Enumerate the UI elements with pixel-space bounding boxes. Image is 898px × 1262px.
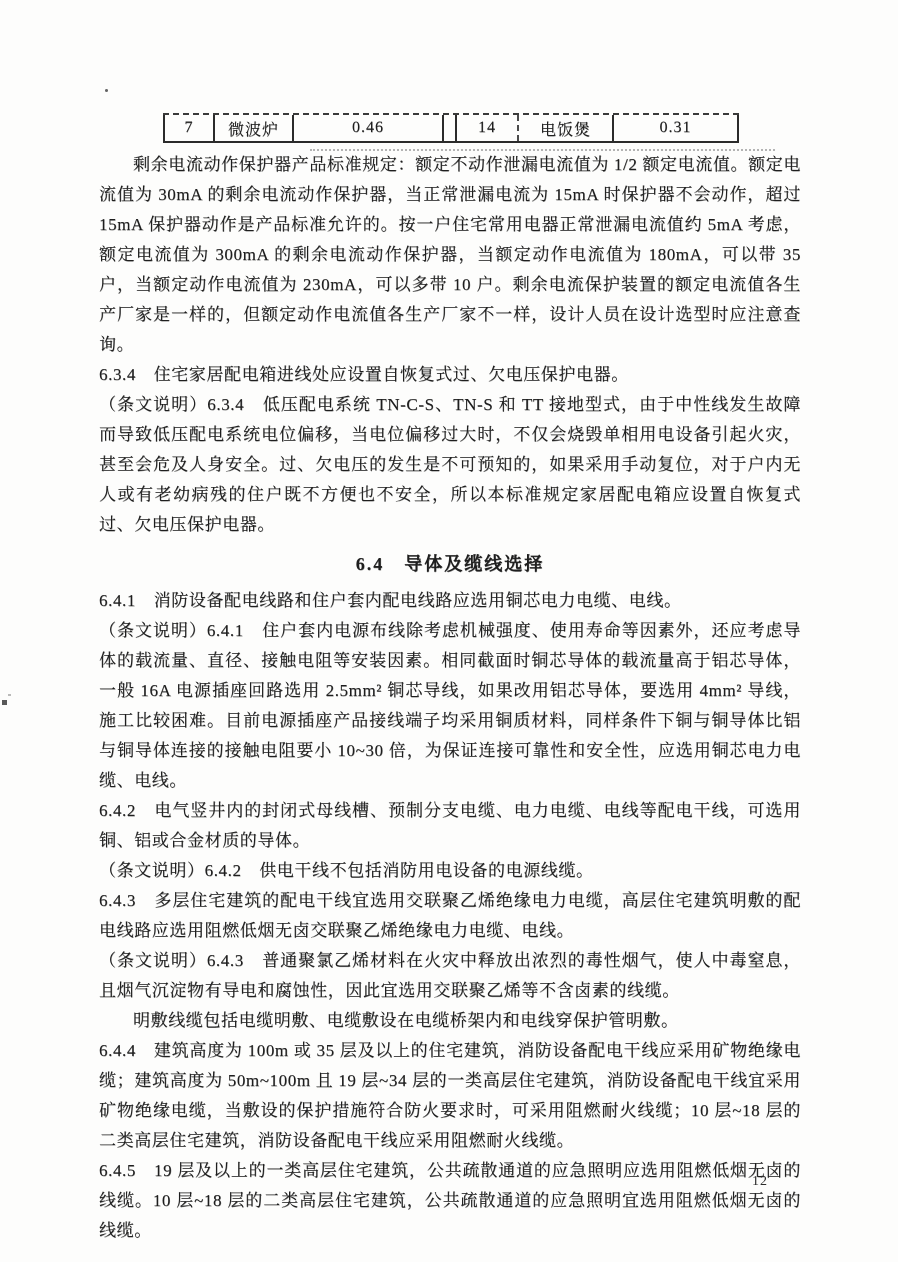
table-cell-value-left: 0.46 bbox=[292, 115, 442, 141]
clause-6-3-4: 6.3.4 住宅家居配电箱进线处应设置自恢复式过、欠电压保护电器。 bbox=[99, 360, 801, 390]
clause-6-4-4: 6.4.4 建筑高度为 100m 或 35 层及以上的住宅建筑，消防设备配电干线… bbox=[99, 1036, 801, 1156]
explanation-6-3-4: （条文说明）6.3.4 低压配电系统 TN-C-S、TN-S 和 TT 接地型式… bbox=[99, 390, 801, 540]
explanation-6-4-3: （条文说明）6.4.3 普通聚氯乙烯材料在火灾中释放出浓烈的毒性烟气，使人中毒窒… bbox=[99, 946, 801, 1006]
clause-6-4-1: 6.4.1 消防设备配电线路和住户套内配电线路应选用铜芯电力电缆、电线。 bbox=[99, 586, 801, 616]
table-cell-seq-left: 7 bbox=[163, 115, 213, 141]
table-cell-appliance-left: 微波炉 bbox=[213, 115, 292, 141]
table-cell-seq-right: 14 bbox=[457, 115, 517, 141]
paragraph-residual-current-note: 剩余电流动作保护器产品标准规定：额定不动作泄漏电流值为 1/2 额定电流值。额定… bbox=[99, 150, 801, 360]
clause-6-4-5: 6.4.5 19 层及以上的一类高层住宅建筑，公共疏散通道的应急照明应选用阻燃低… bbox=[99, 1156, 801, 1246]
table-cell-appliance-right: 电饭煲 bbox=[517, 115, 612, 141]
scan-artifact-dashed-line bbox=[310, 149, 775, 151]
explanation-6-4-2: （条文说明）6.4.2 供电干线不包括消防用电设备的电源线缆。 bbox=[99, 856, 801, 886]
clause-6-4-3: 6.4.3 多层住宅建筑的配电干线宜选用交联聚乙烯绝缘电力电缆，高层住宅建筑明敷… bbox=[99, 886, 801, 946]
scan-artifact-speck bbox=[2, 700, 7, 705]
clause-6-4-2: 6.4.2 电气竖井内的封闭式母线槽、预制分支电缆、电力电缆、电线等配电干线，可… bbox=[99, 796, 801, 856]
explanation-6-4-1: （条文说明）6.4.1 住户套内电源布线除考虑机械强度、使用寿命等因素外，还应考… bbox=[99, 616, 801, 796]
document-text-block: 剩余电流动作保护器产品标准规定：额定不动作泄漏电流值为 1/2 额定电流值。额定… bbox=[99, 150, 801, 1246]
paragraph-exposed-cables: 明敷线缆包括电缆明敷、电缆敷设在电缆桥架内和电线穿保护管明敷。 bbox=[99, 1006, 801, 1036]
section-heading-6-4: 6.4 导体及缆线选择 bbox=[99, 549, 801, 579]
table-cell-value-right: 0.31 bbox=[612, 115, 737, 141]
scanned-document-page: 7 微波炉 0.46 14 电饭煲 0.31 剩余电流动作保护器产品标准规定：额… bbox=[0, 0, 898, 1262]
table-right-border bbox=[737, 115, 739, 141]
appliance-table-row: 7 微波炉 0.46 14 电饭煲 0.31 bbox=[163, 113, 739, 143]
scan-artifact-dot bbox=[105, 89, 108, 92]
scan-artifact-speck-2 bbox=[8, 694, 11, 696]
page-number: 12 bbox=[752, 1174, 768, 1190]
table-double-border-gap bbox=[442, 115, 457, 141]
